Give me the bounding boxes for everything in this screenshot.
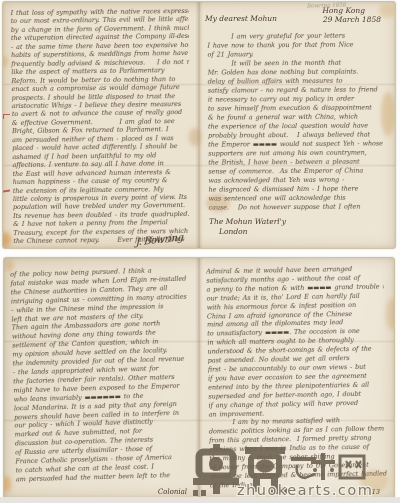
letter1-left-text: I that loss of sympathy with the native … [3,2,199,248]
letter1-right-text: I am very grateful for your lettersI hav… [199,25,395,216]
letter2-left-page: of the policy now being pursued. I think… [4,258,199,498]
watermark-url-text: zhuokearts.com [237,483,373,499]
letter-salutation: My dearest Mohun [205,14,277,23]
letter-date: 29 March 1858 [323,15,381,24]
handwriting-line: cause. Do not however suppose that I oft… [209,202,387,212]
letter1-left-page: I that loss of sympathy with the native … [3,2,199,248]
letter2-left-text: of the policy now being pursued. I think… [4,259,199,488]
watermark-zhuoke-logo: 卓克艺术网 [193,444,397,500]
letter-place: Hong Kong [322,6,365,15]
watermark-graphic: zhuokearts.com [193,444,397,500]
letter-spread-top: I that loss of sympathy with the native … [2,1,396,249]
catchword: Colonial [158,488,187,496]
address-line-2: London [219,227,247,236]
letter1-right-page: Bowring 1858 Hong Kong 29 March 1858 My … [199,2,395,248]
letter-scan-image: I that loss of sympathy with the native … [0,0,400,503]
address-line-1: The Mohun Waterl'y [209,217,286,226]
